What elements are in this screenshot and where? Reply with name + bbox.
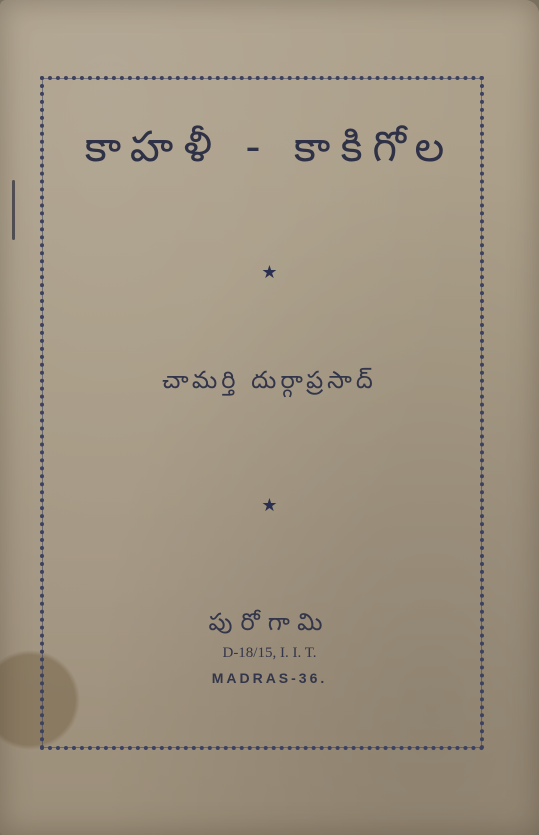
star-ornament-icon: ★ (0, 262, 539, 283)
author-name: చామర్తి దుర్గాప్రసాద్ (0, 366, 539, 400)
publisher-city: MADRAS-36. (0, 670, 539, 686)
book-title: కాహళీ - కాకిగోల (0, 122, 539, 182)
staple-mark (12, 180, 15, 240)
publisher-name: పురోగామి (0, 608, 539, 642)
book-cover: కాహళీ - కాకిగోల ★ చామర్తి దుర్గాప్రసాద్ … (0, 0, 539, 835)
star-ornament-icon: ★ (0, 495, 539, 516)
publisher-address: D-18/15, I. I. T. (0, 645, 539, 662)
